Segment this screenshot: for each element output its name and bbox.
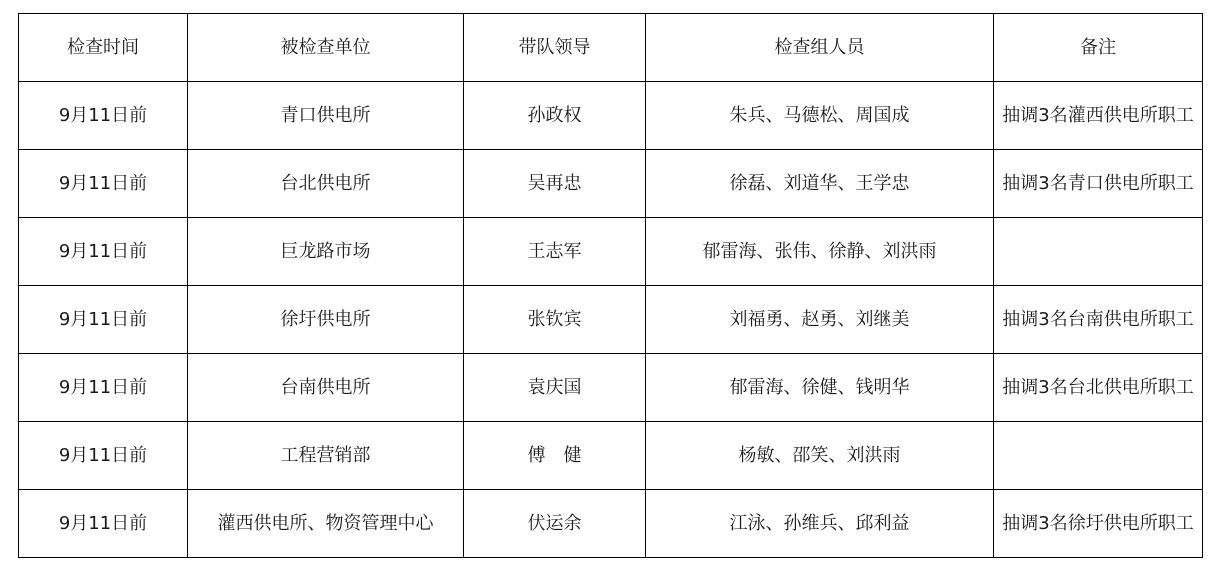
cell-leader: 伏运余 [464,490,646,558]
table-header-row: 检查时间 被检查单位 带队领导 检查组人员 备注 [19,14,1203,82]
cell-members: 杨敏、邵笑、刘洪雨 [646,422,994,490]
table-row: 9月11日前 青口供电所 孙政权 朱兵、马德松、周国成 抽调3名灌西供电所职工 [19,82,1203,150]
cell-note [994,422,1203,490]
cell-unit: 台北供电所 [188,150,464,218]
cell-leader: 傅 健 [464,422,646,490]
cell-leader: 袁庆国 [464,354,646,422]
cell-time: 9月11日前 [19,150,188,218]
header-team-members: 检查组人员 [646,14,994,82]
table-row: 9月11日前 工程营销部 傅 健 杨敏、邵笑、刘洪雨 [19,422,1203,490]
cell-leader: 张钦宾 [464,286,646,354]
header-team-leader: 带队领导 [464,14,646,82]
cell-unit: 工程营销部 [188,422,464,490]
cell-note: 抽调3名台南供电所职工 [994,286,1203,354]
cell-members: 徐磊、刘道华、王学忠 [646,150,994,218]
table-row: 9月11日前 台南供电所 袁庆国 郁雷海、徐健、钱明华 抽调3名台北供电所职工 [19,354,1203,422]
cell-members: 江泳、孙维兵、邱利益 [646,490,994,558]
cell-unit: 巨龙路市场 [188,218,464,286]
cell-members: 郁雷海、徐健、钱明华 [646,354,994,422]
table-row: 9月11日前 灌西供电所、物资管理中心 伏运余 江泳、孙维兵、邱利益 抽调3名徐… [19,490,1203,558]
cell-members: 郁雷海、张伟、徐静、刘洪雨 [646,218,994,286]
table-row: 9月11日前 台北供电所 吴再忠 徐磊、刘道华、王学忠 抽调3名青口供电所职工 [19,150,1203,218]
cell-note [994,218,1203,286]
cell-note: 抽调3名台北供电所职工 [994,354,1203,422]
cell-time: 9月11日前 [19,218,188,286]
cell-unit: 台南供电所 [188,354,464,422]
cell-unit: 青口供电所 [188,82,464,150]
cell-time: 9月11日前 [19,354,188,422]
cell-unit: 徐圩供电所 [188,286,464,354]
table-row: 9月11日前 徐圩供电所 张钦宾 刘福勇、赵勇、刘继美 抽调3名台南供电所职工 [19,286,1203,354]
cell-members: 刘福勇、赵勇、刘继美 [646,286,994,354]
cell-leader: 王志军 [464,218,646,286]
cell-time: 9月11日前 [19,490,188,558]
cell-unit: 灌西供电所、物资管理中心 [188,490,464,558]
cell-note: 抽调3名徐圩供电所职工 [994,490,1203,558]
cell-note: 抽调3名灌西供电所职工 [994,82,1203,150]
header-inspection-time: 检查时间 [19,14,188,82]
inspection-schedule-table: 检查时间 被检查单位 带队领导 检查组人员 备注 9月11日前 青口供电所 孙政… [18,13,1203,558]
cell-time: 9月11日前 [19,82,188,150]
cell-leader: 孙政权 [464,82,646,150]
cell-time: 9月11日前 [19,422,188,490]
header-remarks: 备注 [994,14,1203,82]
cell-note: 抽调3名青口供电所职工 [994,150,1203,218]
cell-members: 朱兵、马德松、周国成 [646,82,994,150]
header-inspected-unit: 被检查单位 [188,14,464,82]
cell-leader: 吴再忠 [464,150,646,218]
cell-time: 9月11日前 [19,286,188,354]
table-row: 9月11日前 巨龙路市场 王志军 郁雷海、张伟、徐静、刘洪雨 [19,218,1203,286]
